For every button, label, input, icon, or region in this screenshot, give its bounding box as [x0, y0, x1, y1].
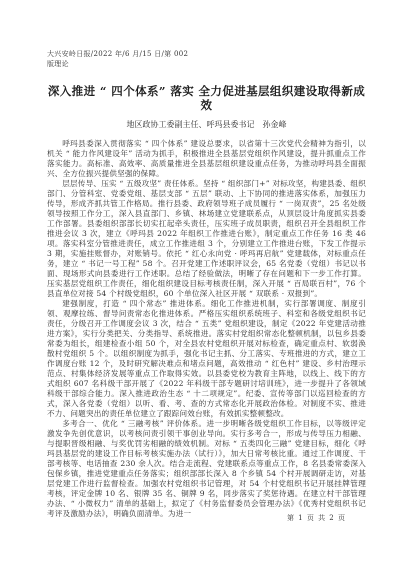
- publication-info-line2: 版理论: [47, 60, 366, 70]
- article-paragraph-4: 多考合一、优化 “ 三融考核” 评价体系。进一步明晰各级党组织工作目标，以等级评…: [47, 419, 366, 519]
- page-number-indicator: 第 1 页 共 2 页: [287, 513, 346, 523]
- article-byline: 地区政协工委副主任、呼玛县委书记 孙金峰: [47, 120, 366, 130]
- article-paragraph-2: 层层传导、压实 “ 五级攻坚” 责任体系。坚持 “ 组织部门+” 对标攻坚，构建…: [47, 179, 366, 299]
- article-title: 深入推进 “ 四个体系” 落实 全力促进基层组织建设取得新成效: [47, 84, 366, 112]
- article-paragraph-1: 呼玛县委深入贯彻落实 “ 四个体系” 建设总要求，以省第十三次党代会精神为指引，…: [47, 139, 366, 179]
- publication-header: 大兴安岭日报/2022 年/6 月/15 日/第 002 版理论: [47, 50, 366, 69]
- document-page: 大兴安岭日报/2022 年/6 月/15 日/第 002 版理论 深入推进 “ …: [0, 0, 410, 580]
- article-paragraph-3: 建强制度，打造 “ 四个常态” 推进体系。细化工作推进机制，实行部署调度、制度引…: [47, 299, 366, 419]
- article-body: 呼玛县委深入贯彻落实 “ 四个体系” 建设总要求，以省第十三次党代会精神为指引，…: [47, 139, 366, 519]
- publication-info-line1: 大兴安岭日报/2022 年/6 月/15 日/第 002: [47, 50, 366, 60]
